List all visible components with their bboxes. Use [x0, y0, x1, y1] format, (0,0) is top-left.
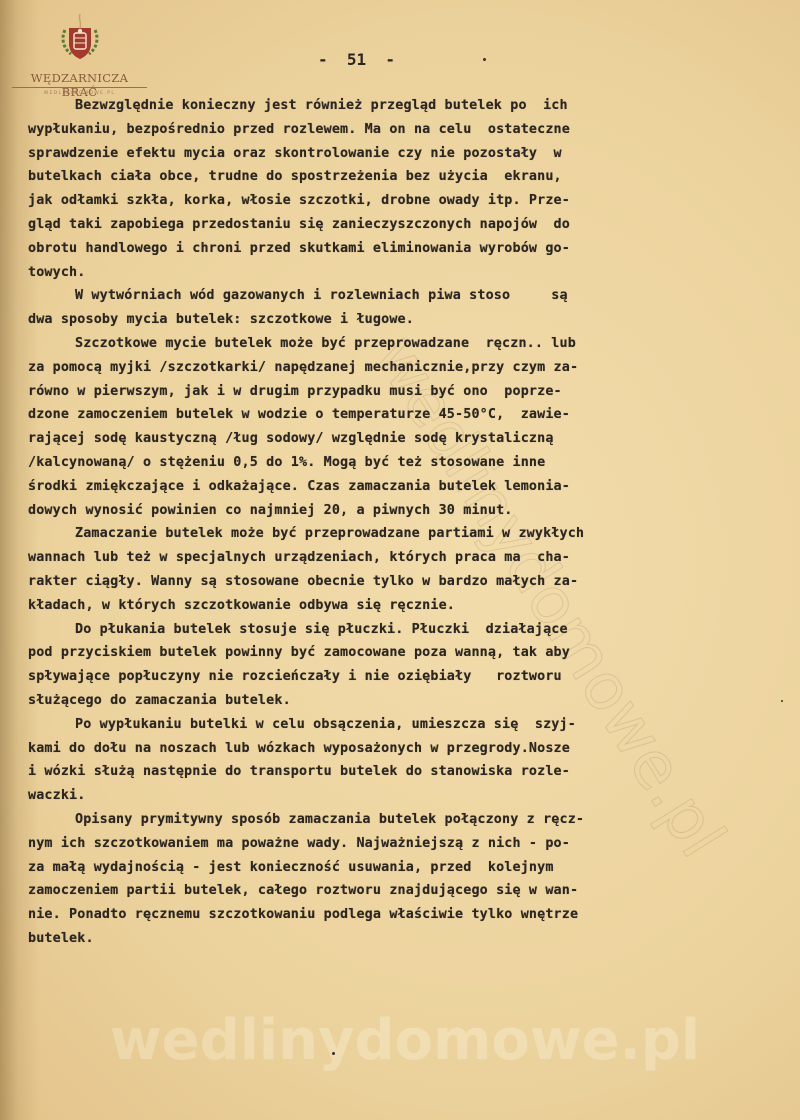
text-line: Szczotkowe mycie butelek może być przepr…	[28, 332, 728, 356]
text-line: Do płukania butelek stosuje się płuczki.…	[28, 618, 728, 642]
text-line: wypłukaniu, bezpośrednio przed rozlewem.…	[28, 118, 728, 142]
text-line: butelkach ciała obce, trudne do spostrze…	[28, 165, 728, 189]
text-line: i wózki służą następnie do transportu bu…	[28, 760, 728, 784]
paragraph: Po wypłukaniu butelki w celu obsączenia,…	[28, 713, 728, 808]
paragraph: Zamaczanie butelek może być przeprowadza…	[28, 522, 728, 617]
text-line: Opisany prymitywny sposób zamaczania but…	[28, 808, 728, 832]
text-line: dwa sposoby mycia butelek: szczotkowe i …	[28, 308, 728, 332]
document-body: Bezwzględnie konieczny jest również prze…	[28, 94, 728, 951]
text-line: wannach lub też w specjalnych urządzenia…	[28, 546, 728, 570]
text-line: kładach, w których szczotkowanie odbywa …	[28, 594, 728, 618]
paragraph: W wytwórniach wód gazowanych i rozlewnia…	[28, 284, 728, 332]
crest-icon	[59, 12, 101, 62]
text-line: towych.	[28, 261, 728, 285]
text-line: nym ich szczotkowaniem ma poważne wady. …	[28, 832, 728, 856]
text-line: rakter ciągły. Wanny są stosowane obecni…	[28, 570, 728, 594]
text-line: dzone zamoczeniem butelek w wodzie o tem…	[28, 403, 728, 427]
text-line: sprawdzenie efektu mycia oraz skontrolow…	[28, 142, 728, 166]
scan-speck	[332, 1052, 335, 1055]
text-line: pod przyciskiem butelek powinny być zamo…	[28, 641, 728, 665]
paragraph: Opisany prymitywny sposób zamaczania but…	[28, 808, 728, 951]
text-line: kami do dołu na noszach lub wózkach wypo…	[28, 737, 728, 761]
text-line: dowych wynosić powinien co najmniej 20, …	[28, 499, 728, 523]
text-line: nie. Ponadto ręcznemu szczotkowaniu podl…	[28, 903, 728, 927]
text-line: spływające popłuczyny nie rozcieńczały i…	[28, 665, 728, 689]
text-line: rającej sodę kaustyczną /ług sodowy/ wzg…	[28, 427, 728, 451]
text-line: butelek.	[28, 927, 728, 951]
text-line: Zamaczanie butelek może być przeprowadza…	[28, 522, 728, 546]
scan-speck	[781, 700, 783, 702]
text-line: środki zmiękczające i odkażające. Czas z…	[28, 475, 728, 499]
site-logo[interactable]: WĘDZARNICZA BRAĆ WEDLINYDOMOWE.PL	[12, 8, 147, 92]
text-line: służącego do zamaczania butelek.	[28, 689, 728, 713]
text-line: Bezwzględnie konieczny jest również prze…	[28, 94, 728, 118]
text-line: za małą wydajnością - jest konieczność u…	[28, 856, 728, 880]
text-line: równo w pierwszym, jak i w drugim przypa…	[28, 380, 728, 404]
text-line: waczki.	[28, 784, 728, 808]
text-line: zamoczeniem partii butelek, całego roztw…	[28, 879, 728, 903]
footer-watermark: wedlinydomowe.pl	[80, 1008, 730, 1073]
text-line: za pomocą myjki /szczotkarki/ napędzanej…	[28, 356, 728, 380]
scanned-page: WĘDZARNICZA BRAĆ WEDLINYDOMOWE.PL - 51 -…	[0, 0, 800, 1120]
text-line: /kalcynowaną/ o stężeniu 0,5 do 1%. Mogą…	[28, 451, 728, 475]
text-line: Po wypłukaniu butelki w celu obsączenia,…	[28, 713, 728, 737]
logo-divider	[12, 87, 147, 88]
text-line: jak odłamki szkła, korka, włosie szczotk…	[28, 189, 728, 213]
paragraph: Szczotkowe mycie butelek może być przepr…	[28, 332, 728, 522]
text-line: W wytwórniach wód gazowanych i rozlewnia…	[28, 284, 728, 308]
page-number: - 51 -	[318, 50, 395, 69]
text-line: gląd taki zapobiega przedostaniu się zan…	[28, 213, 728, 237]
paragraph: Bezwzględnie konieczny jest również prze…	[28, 94, 728, 284]
paragraph: Do płukania butelek stosuje się płuczki.…	[28, 618, 728, 713]
scan-speck	[483, 58, 486, 61]
text-line: obrotu handlowego i chroni przed skutkam…	[28, 237, 728, 261]
